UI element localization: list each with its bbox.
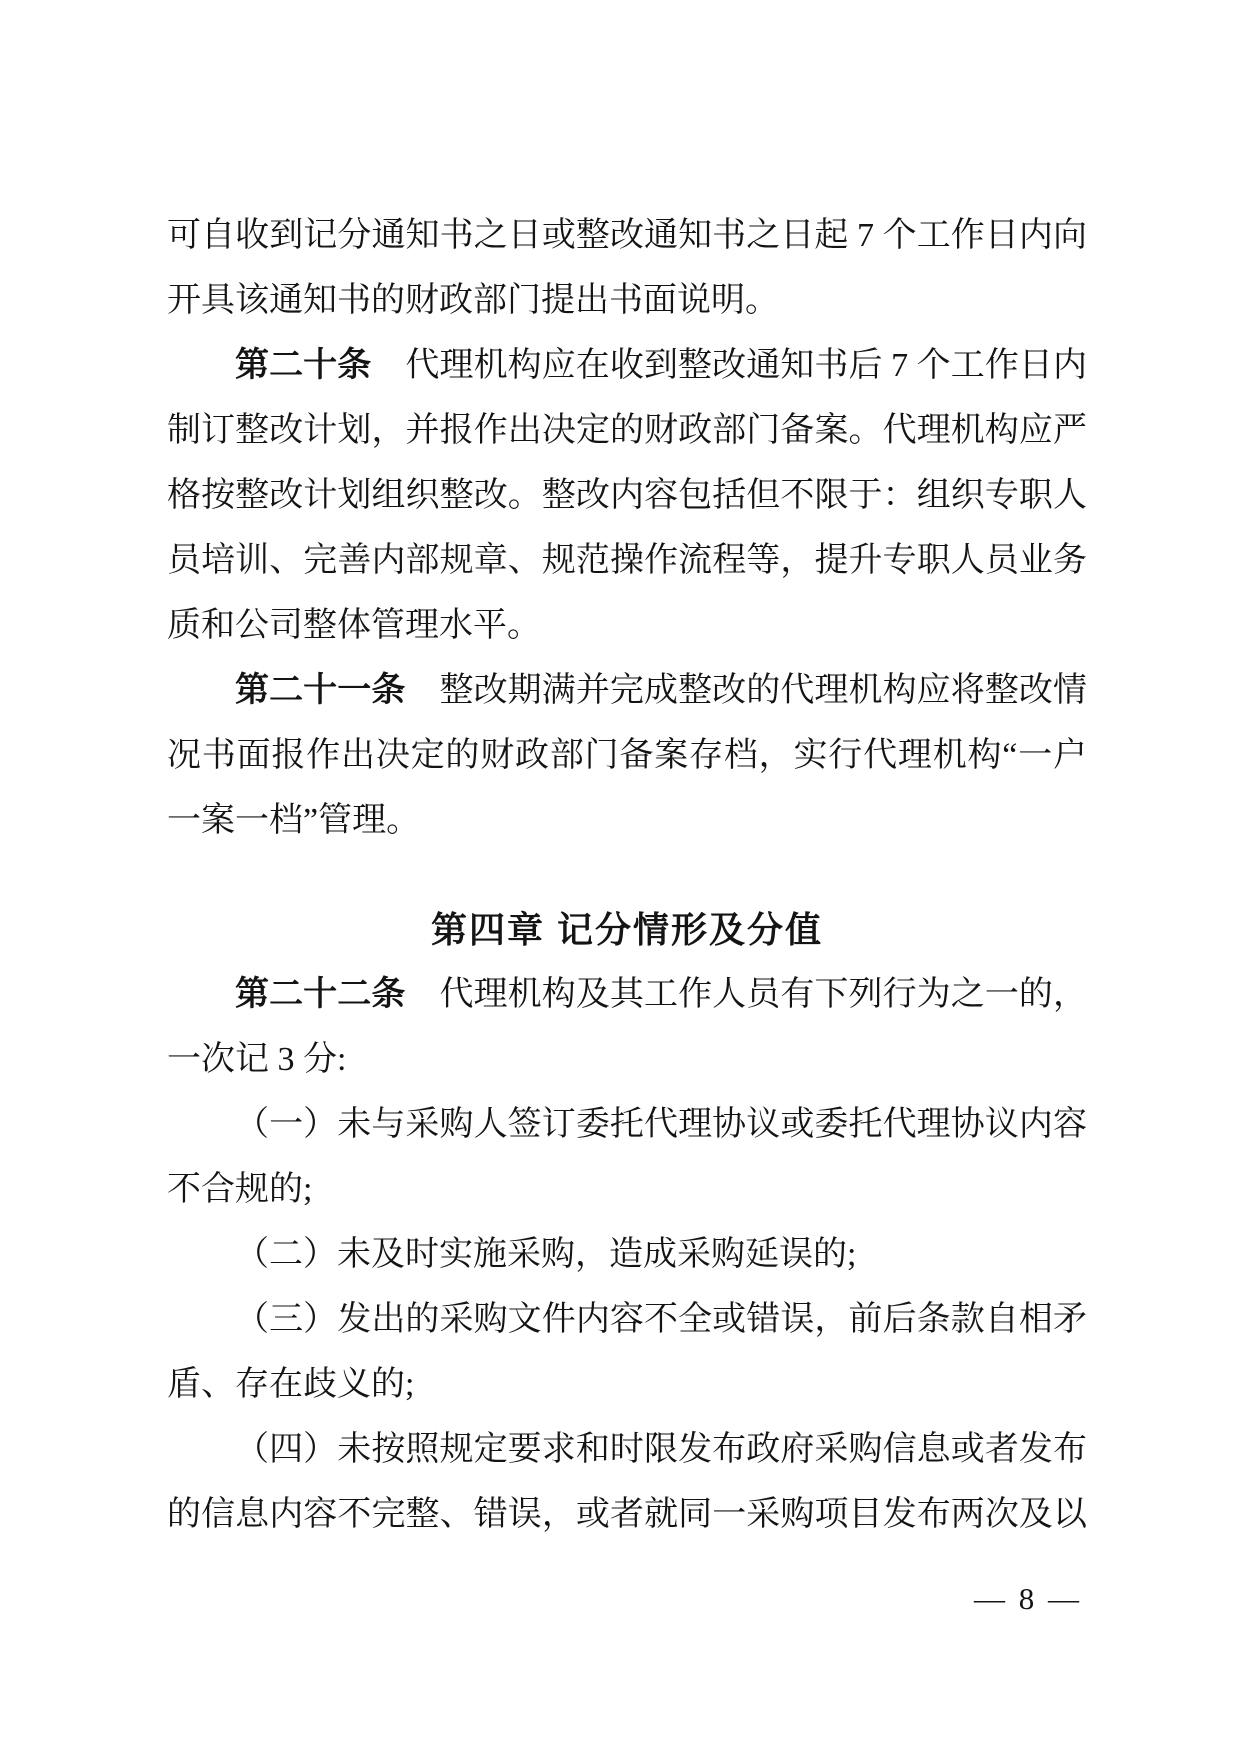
- document-line: （二）未及时实施采购，造成采购延误的;: [167, 1222, 1087, 1287]
- document-line: 不合规的;: [167, 1157, 1087, 1222]
- line-text: 不合规的;: [167, 1171, 312, 1208]
- line-text: 质和公司整体管理水平。: [167, 607, 541, 644]
- document-line: 质和公司整体管理水平。: [167, 593, 1087, 658]
- document-line: 况书面报作出决定的财政部门备案存档，实行代理机构“一户: [167, 723, 1087, 788]
- article-number: 第二十二条: [235, 975, 405, 1013]
- document-line: （四）未按照规定要求和时限发布政府采购信息或者发布: [167, 1417, 1087, 1482]
- document-line: 开具该通知书的财政部门提出书面说明。: [167, 268, 1087, 333]
- line-text: 况书面报作出决定的财政部门备案存档，实行代理机构“一户: [167, 737, 1087, 774]
- document-line: （一）未与采购人签订委托代理协议或委托代理协议内容: [167, 1092, 1087, 1157]
- line-text: （二）未及时实施采购，造成采购延误的;: [235, 1236, 856, 1273]
- chapter-heading-text: 第四章 记分情形及分值: [431, 909, 823, 950]
- document-line: 制订整改计划，并报作出决定的财政部门备案。代理机构应严: [167, 398, 1087, 463]
- line-text: （一）未与采购人签订委托代理协议或委托代理协议内容: [235, 1106, 1087, 1143]
- document-line: 员培训、完善内部规章、规范操作流程等，提升专职人员业务素: [167, 528, 1087, 593]
- line-text: 整改期满并完成整改的代理机构应将整改情: [405, 672, 1087, 709]
- document-line: 第二十二条 代理机构及其工作人员有下列行为之一的，: [167, 962, 1087, 1027]
- article-number: 第二十条: [235, 346, 371, 384]
- document-line: 一案一档”管理。: [167, 788, 1087, 853]
- document-line: 第二十一条 整改期满并完成整改的代理机构应将整改情: [167, 658, 1087, 723]
- line-text: 一次记 3 分:: [167, 1041, 346, 1078]
- document-line: （三）发出的采购文件内容不全或错误，前后条款自相矛: [167, 1287, 1087, 1352]
- chapter-heading: 第四章 记分情形及分值: [167, 897, 1087, 962]
- document-line: 第二十条 代理机构应在收到整改通知书后 7 个工作日内: [167, 333, 1087, 398]
- line-text: 代理机构及其工作人员有下列行为之一的，: [405, 976, 1087, 1013]
- line-text: 的信息内容不完整、错误，或者就同一采购项目发布两次及以: [167, 1496, 1087, 1533]
- line-text: 可自收到记分通知书之日或整改通知书之日起 7 个工作日内向: [167, 217, 1087, 254]
- line-text: （四）未按照规定要求和时限发布政府采购信息或者发布: [235, 1431, 1087, 1468]
- article-number: 第二十一条: [235, 671, 405, 709]
- line-text: 制订整改计划，并报作出决定的财政部门备案。代理机构应严: [167, 412, 1087, 449]
- document-line: 可自收到记分通知书之日或整改通知书之日起 7 个工作日内向: [167, 203, 1087, 268]
- line-text: 盾、存在歧义的;: [167, 1366, 414, 1403]
- document-line: 盾、存在歧义的;: [167, 1352, 1087, 1417]
- document-body: 可自收到记分通知书之日或整改通知书之日起 7 个工作日内向开具该通知书的财政部门…: [167, 203, 1087, 1547]
- line-text: 开具该通知书的财政部门提出书面说明。: [167, 282, 779, 319]
- line-text: 一案一档”管理。: [167, 802, 420, 839]
- document-line: 格按整改计划组织整改。整改内容包括但不限于：组织专职人: [167, 463, 1087, 528]
- line-text: 格按整改计划组织整改。整改内容包括但不限于：组织专职人: [167, 477, 1087, 514]
- document-line: 的信息内容不完整、错误，或者就同一采购项目发布两次及以: [167, 1482, 1087, 1547]
- document-page: 可自收到记分通知书之日或整改通知书之日起 7 个工作日内向开具该通知书的财政部门…: [0, 0, 1240, 1754]
- page-number: — 8 —: [974, 1582, 1082, 1616]
- line-text: （三）发出的采购文件内容不全或错误，前后条款自相矛: [235, 1301, 1087, 1338]
- line-text: 员培训、完善内部规章、规范操作流程等，提升专职人员业务素: [167, 542, 1087, 593]
- line-text: 代理机构应在收到整改通知书后 7 个工作日内: [371, 347, 1087, 384]
- document-line: 一次记 3 分:: [167, 1027, 1087, 1092]
